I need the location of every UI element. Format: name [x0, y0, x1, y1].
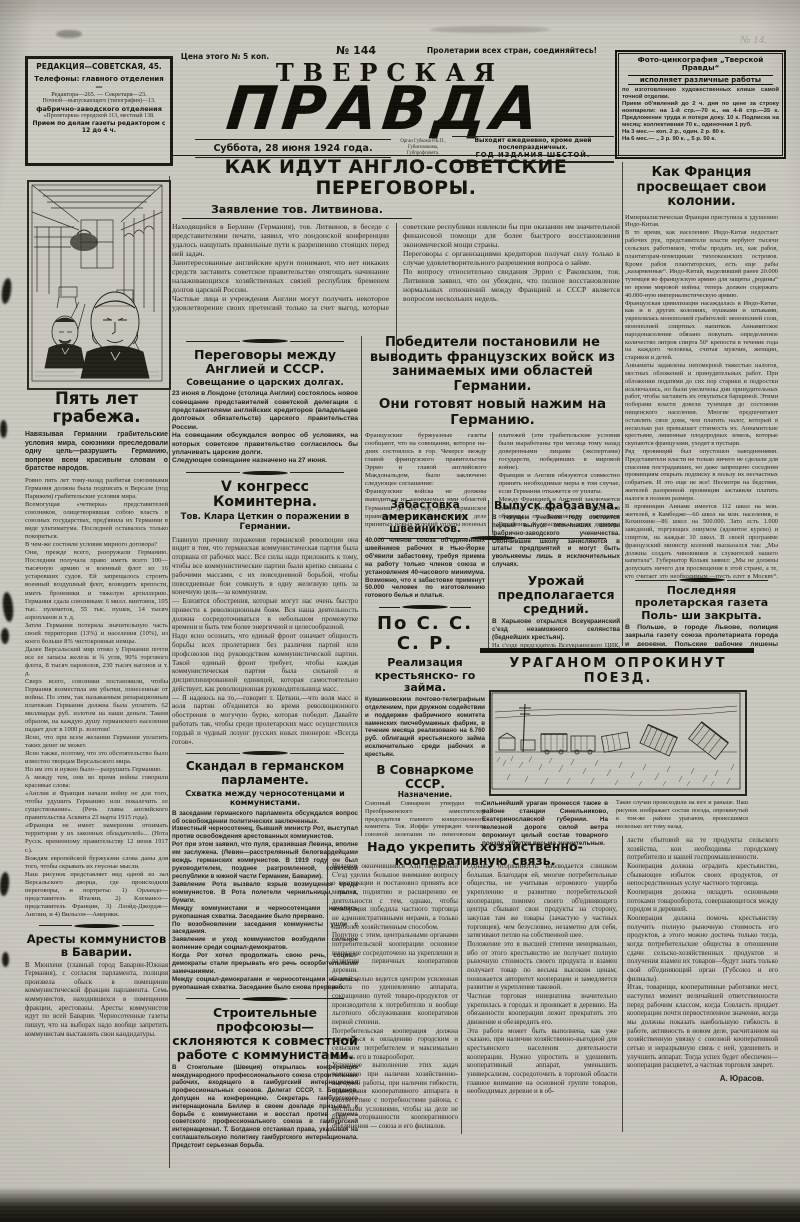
strike-body: 40.000 членов союза об'единенных швейник…: [365, 537, 485, 600]
page-bottom-shadow: [0, 1188, 800, 1222]
poland-body: В Польше, в городе Львове, полиция закры…: [625, 624, 778, 646]
column-3-right: Выпуск фабзавуча. В текущем учебном году…: [492, 500, 620, 648]
sovnarkom-headline: В Совнаркоме СССР.: [365, 764, 485, 791]
zinco-title: Фото-цинкография „Тверской Правды“: [622, 56, 779, 73]
newspaper-title-line2: ПРАВДА: [176, 74, 593, 144]
redaction-hours: Прием по делам газеты редактором с 12 до…: [31, 121, 167, 135]
zinco-subtitle: исполняет различные работы: [628, 75, 773, 85]
france-article: Как Франция просвещает свои колонии. Имп…: [625, 166, 778, 578]
coop-column-c-text: ласти сбытовой на те продукты сельского …: [627, 836, 778, 1070]
column-2: Переговоры между Англией и СССР. Совещан…: [172, 334, 358, 1170]
frequency-line: Выходит ежедневно, кроме дней послепразд…: [452, 138, 614, 152]
redaction-night-phone: Ночной—выпускающего (типография)—13.: [31, 98, 167, 104]
loan-body: Кувшиновским почтово-телеграфным отделен…: [365, 696, 485, 758]
talks-body: 23 июня в Лондоне (столица Англии) состо…: [172, 390, 358, 465]
talks-subhead: Совещание о царских долгах.: [172, 378, 358, 388]
scandal-body: В заседании германского парламента обсуж…: [172, 810, 358, 992]
five-years-article: Пять лет грабежа. Навязывая Германии гра…: [25, 390, 168, 1170]
harvest-headline: Урожай предполагается средний.: [492, 574, 620, 616]
column-rule-4a: [622, 162, 623, 646]
victors-subhead: Они готовят новый нажим на Германию.: [365, 397, 620, 428]
main-headline: КАК ИДУТ АНГЛО-СОВЕТСКИЕ ПЕРЕГОВОРЫ.: [172, 157, 620, 200]
section-black-bar: [480, 648, 754, 653]
column-3-left: Забастовка американских швейников. 40.00…: [365, 500, 485, 836]
divider: [635, 578, 768, 582]
fabzavuch-headline: Выпуск фабзавуча.: [492, 500, 620, 512]
divider: [186, 471, 344, 475]
sovnarkom-body: Союзный Совнарком утвердил тов. Преображ…: [365, 800, 485, 836]
binding-mark: [0, 872, 10, 897]
divider: [39, 924, 154, 928]
redaction-phones: Телефоны: главного отделения—: [31, 75, 167, 91]
sovnarkom-subhead: Назначение.: [365, 791, 485, 800]
coop-column-c: ласти сбытовой на те продукты сельского …: [627, 836, 778, 1136]
poland-headline: Последняя пролетарская газета Поль- ши з…: [625, 585, 778, 622]
column-rule-2: [361, 336, 362, 836]
binding-mark: [1, 628, 9, 644]
victors-headline: Победители постановили не выводить франц…: [365, 336, 620, 394]
coop-column-b: Однако, оторванность наблюдается слишком…: [467, 862, 617, 1136]
redaction-address: РЕДАКЦИЯ—СОВЕТСКАЯ, 45.: [31, 63, 167, 72]
ink-smudge: [56, 30, 82, 38]
hurricane-headline: УРАГАНОМ ОПРОКИНУТ ПОЕЗД.: [482, 657, 754, 686]
redaction-proletarka-phone: «Пролетарки» городской 113, местный 138.: [31, 113, 167, 119]
france-body: Империалистическая Франция приступила к …: [625, 214, 778, 578]
strike-headline: Забастовка американских швейников.: [365, 500, 485, 535]
binding-mark: [0, 278, 13, 305]
bavaria-body: В Мюнхене (главный город Баварии-Южная Г…: [25, 962, 168, 1040]
zincography-ad-box: Фото-цинкография „Тверской Правды“ испол…: [615, 50, 786, 159]
fabzavuch-body: В текущем учебном году состоится первый …: [492, 514, 620, 568]
talks-headline: Переговоры между Англией и СССР.: [172, 348, 358, 376]
harvest-lede: В Харькове открылся Всеукраинский с'езд …: [492, 618, 620, 642]
ussr-section-heading: По С. С. С. Р.: [365, 614, 485, 654]
bavaria-headline: Аресты коммунистов в Баварии.: [25, 933, 168, 959]
main-article: КАК ИДУТ АНГЛО-СОВЕТСКИЕ ПЕРЕГОВОРЫ. Зая…: [172, 157, 620, 359]
divider: [186, 339, 344, 343]
five-years-body: Ровно пять лет тому-назад разбитая союзн…: [25, 477, 168, 919]
ink-smudge: [430, 26, 550, 33]
five-years-lede: Навязывая Германии грабительские условия…: [25, 431, 168, 474]
main-subhead: Заявление тов. Литвинова.: [182, 204, 412, 220]
comintern-subhead: Тов. Клара Цеткин о поражении в Германии…: [172, 513, 358, 533]
five-years-headline: Пять лет грабежа.: [25, 390, 168, 427]
builders-headline: Строительные профсоюзы— склоняются к сов…: [172, 1006, 358, 1062]
coop-signature: А. Юрасов.: [627, 1074, 778, 1083]
builders-body: В Стокгольме (Швеция) открылась конферен…: [172, 1064, 358, 1150]
zinco-body: по изготовлению художественных клише сам…: [622, 87, 779, 144]
handwritten-margin-note: № 14.: [740, 34, 767, 46]
divider: [186, 997, 344, 1001]
train-wreck-illustration: [489, 690, 747, 796]
issue-number: № 144: [336, 45, 376, 58]
comintern-body: Главную причину поражения германской рев…: [172, 536, 358, 747]
column-rule-4b: [622, 836, 623, 1132]
page-top-shadow: [0, 0, 800, 26]
hurricane-article: УРАГАНОМ ОПРОКИНУТ ПОЕЗД.: [482, 657, 754, 848]
newspaper-page: РЕДАКЦИЯ—СОВЕТСКАЯ, 45. Телефоны: главно…: [0, 0, 800, 1222]
versailles-illustration: [27, 180, 171, 390]
slogan: Пролетарии всех стран, соединяйтесь!: [423, 47, 601, 56]
poland-article: Последняя пролетарская газета Поль- ши з…: [625, 578, 778, 646]
coop-column-a: Недавно окончившийся XIII партийный С'ез…: [332, 862, 458, 1134]
scandal-headline: Скандал в германском парламенте.: [172, 760, 358, 787]
scandal-subhead: Схватка между черносотенцами и коммунист…: [172, 789, 358, 807]
binding-mark: [2, 952, 9, 967]
loan-headline: Реализация крестьянско- го займа.: [365, 657, 485, 694]
divider: [379, 605, 471, 609]
binding-mark: [1, 592, 14, 623]
redaction-editor-phone: Редактора—265. — Секретаря—23.: [31, 91, 167, 98]
binding-mark: [0, 420, 7, 438]
comintern-headline: V конгресс Коминтерна.: [172, 480, 358, 511]
divider: [186, 751, 344, 755]
column-rule-6: [461, 860, 462, 1134]
france-headline: Как Франция просвещает свои колонии.: [625, 166, 778, 210]
redaction-box: РЕДАКЦИЯ—СОВЕТСКАЯ, 45. Телефоны: главно…: [25, 56, 173, 166]
